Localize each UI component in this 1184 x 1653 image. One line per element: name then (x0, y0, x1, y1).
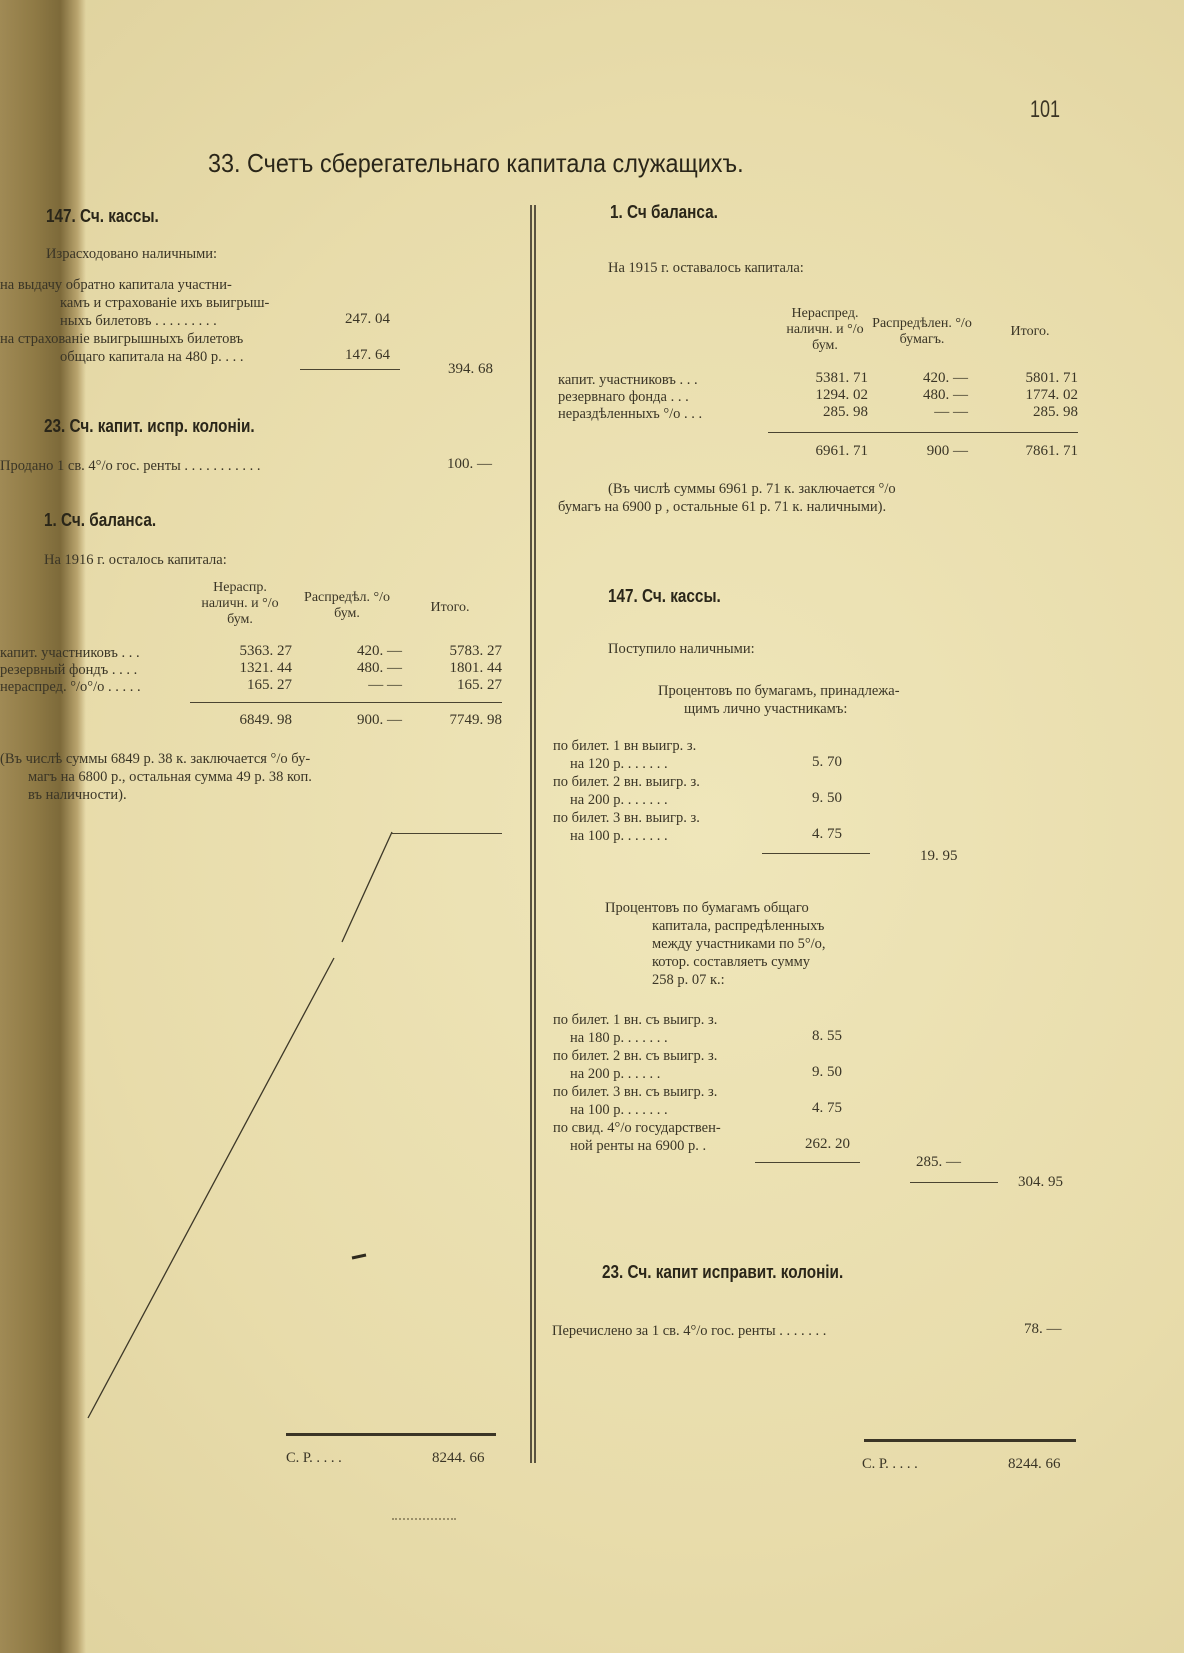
subtotal-rule (300, 369, 400, 370)
final-total-rule (286, 1433, 496, 1436)
column-header: Нераспр. наличн. и °/о бум. (195, 580, 285, 628)
entry-line: на 100 р. . . . . . . (570, 1102, 668, 1119)
cell-value: 5783. 27 (410, 643, 502, 660)
entry-line: по билет. 3 вн. выигр. з. (553, 810, 700, 827)
row-label: нераспред. °/о°/о . . . . . (0, 679, 141, 696)
cell-value: 1774. 02 (980, 387, 1078, 404)
section-subheading: На 1915 г. оставалось капитала: (608, 260, 804, 277)
entry-line: на 200 р. . . . . . (570, 1066, 660, 1083)
decorative-ornament (392, 1515, 456, 1520)
entry-amount: 262. 20 (805, 1136, 850, 1153)
section-subheading: Поступило наличными: (608, 641, 755, 658)
total-rule (768, 432, 1078, 433)
total-rule (910, 1182, 998, 1183)
subtotal-rule (762, 853, 870, 854)
section-heading: 1. Сч. баланса. (44, 510, 156, 531)
row-label: капит. участниковъ . . . (0, 645, 140, 662)
total-value: 7749. 98 (410, 712, 502, 729)
sum-value: 8244. 66 (1008, 1456, 1061, 1473)
row-label: резервный фондъ . . . . (0, 662, 137, 679)
section-heading: 147. Сч. кассы. (608, 586, 721, 607)
row-label: нераздѣленныхъ °/о . . . (558, 406, 702, 423)
cell-value: 5801. 71 (980, 370, 1078, 387)
note-line: (Въ числѣ суммы 6961 р. 71 к. заключаетс… (608, 481, 896, 498)
cell-value: 5363. 27 (200, 643, 292, 660)
cell-value: 285. 98 (770, 404, 868, 421)
entry-line: Продано 1 св. 4°/о гос. ренты . . . . . … (0, 458, 261, 475)
total-value: 6849. 98 (200, 712, 292, 729)
entry-line: по билет. 1 вн выигр. з. (553, 738, 696, 755)
cancellation-stroke (80, 830, 410, 1420)
group-total: 19. 95 (920, 848, 958, 865)
sum-value: 8244. 66 (432, 1450, 485, 1467)
group-title: капитала, распредѣленныхъ (652, 918, 824, 935)
section-heading: 23. Сч. капит исправит. колоніи. (602, 1262, 843, 1283)
note-line: бумагъ на 6900 р , остальные 61 р. 71 к.… (558, 499, 886, 516)
group-title: Процентовъ по бумагамъ общаго (605, 900, 809, 917)
note-line: магъ на 6800 р., остальная сумма 49 р. 3… (28, 769, 312, 786)
entry-line: на 100 р. . . . . . . (570, 828, 668, 845)
row-label: резервнаго фонда . . . (558, 389, 689, 406)
column-divider (530, 205, 532, 1463)
cell-value: 1801. 44 (410, 660, 502, 677)
page-number: 101 (1030, 96, 1060, 124)
entry-line: ныхъ билетовъ . . . . . . . . . (60, 313, 217, 330)
entry-amount: 9. 50 (812, 790, 842, 807)
entry-amount: 4. 75 (812, 1100, 842, 1117)
section-subheading: На 1916 г. осталось капитала: (44, 552, 227, 569)
row-label: капит. участниковъ . . . (558, 372, 698, 389)
subtotal-rule (755, 1162, 860, 1163)
cell-value: 165. 27 (410, 677, 502, 694)
entry-line: по билет. 2 вн. выигр. з. (553, 774, 700, 791)
group-title: Процентовъ по бумагамъ, принадлежа- (658, 683, 900, 700)
total-value: 7861. 71 (980, 443, 1078, 460)
total-value: 900. — (310, 712, 402, 729)
column-header: Итого. (1000, 324, 1060, 340)
entry-amount: 8. 55 (812, 1028, 842, 1045)
cell-value: 480. — (310, 660, 402, 677)
entry-line: на 180 р. . . . . . . (570, 1030, 668, 1047)
entry-line: по билет. 1 вн. съ выигр. з. (553, 1012, 717, 1029)
entry-line: на страхованіе выигрышныхъ билетовъ (0, 331, 243, 348)
cell-value: 5381. 71 (770, 370, 868, 387)
note-line: (Въ числѣ суммы 6849 р. 38 к. заключаетс… (0, 751, 310, 768)
cell-value: 480. — (870, 387, 968, 404)
section-total: 394. 68 (448, 361, 493, 378)
entry-amount: 147. 64 (345, 347, 390, 364)
column-header: Итого. (415, 600, 485, 616)
entry-line: камъ и страхованіе ихъ выигрыш- (60, 295, 269, 312)
section-heading: 23. Сч. капит. испр. колоніи. (44, 416, 255, 437)
entry-line: на 120 р. . . . . . . (570, 756, 668, 773)
group-title: между участниками по 5°/о, (652, 936, 826, 953)
entry-line: по свид. 4°/о государствен- (553, 1120, 721, 1137)
column-divider (534, 205, 536, 1463)
entry-line: на 200 р. . . . . . . (570, 792, 668, 809)
group-title: щимъ лично участникамъ: (684, 701, 847, 718)
cell-value: 1294. 02 (770, 387, 868, 404)
cell-value: 285. 98 (980, 404, 1078, 421)
entry-amount: 247. 04 (345, 311, 390, 328)
column-header: Нераспред. наличн. и °/о бум. (775, 306, 875, 354)
section-heading: 1. Сч баланса. (610, 202, 718, 223)
entry-amount: 4. 75 (812, 826, 842, 843)
section-heading: 147. Сч. кассы. (46, 206, 159, 227)
entry-line: общаго капитала на 480 р. . . . (60, 349, 243, 366)
cell-value: 165. 27 (200, 677, 292, 694)
sum-label: С. Р. . . . . (286, 1450, 342, 1467)
column-header: Распредѣл. °/о бум. (302, 590, 392, 622)
entry-line: по билет. 2 вн. съ выигр. з. (553, 1048, 717, 1065)
column-header: Распредѣлен. °/о бумагъ. (872, 316, 972, 348)
cell-value: 420. — (870, 370, 968, 387)
cell-value: — — (310, 677, 402, 694)
cell-value: 1321. 44 (200, 660, 292, 677)
entry-line: по билет. 3 вн. съ выигр. з. (553, 1084, 717, 1101)
entry-line: Перечислено за 1 св. 4°/о гос. ренты . .… (552, 1323, 826, 1340)
entry-amount: 100. — (447, 456, 492, 473)
entry-amount: 78. — (1024, 1321, 1062, 1338)
total-rule (190, 702, 502, 703)
section-subheading: Израсходовано наличными: (46, 246, 217, 263)
group-subtotal: 285. — (916, 1154, 961, 1171)
total-value: 6961. 71 (770, 443, 868, 460)
sum-label: С. Р. . . . . (862, 1456, 918, 1473)
page-title: 33. Счетъ сберегательнаго капитала служа… (208, 148, 744, 179)
entry-line: ной ренты на 6900 р. . (570, 1138, 706, 1155)
group-title: котор. составляетъ сумму (652, 954, 810, 971)
cell-value: 420. — (310, 643, 402, 660)
entry-amount: 9. 50 (812, 1064, 842, 1081)
group-title: 258 р. 07 к.: (652, 972, 725, 989)
cell-value: — — (870, 404, 968, 421)
section-total: 304. 95 (1018, 1174, 1063, 1191)
entry-amount: 5. 70 (812, 754, 842, 771)
total-value: 900 — (870, 443, 968, 460)
note-line: въ наличности). (28, 787, 127, 804)
final-total-rule (864, 1439, 1076, 1442)
entry-line: на выдачу обратно капитала участни- (0, 277, 232, 294)
